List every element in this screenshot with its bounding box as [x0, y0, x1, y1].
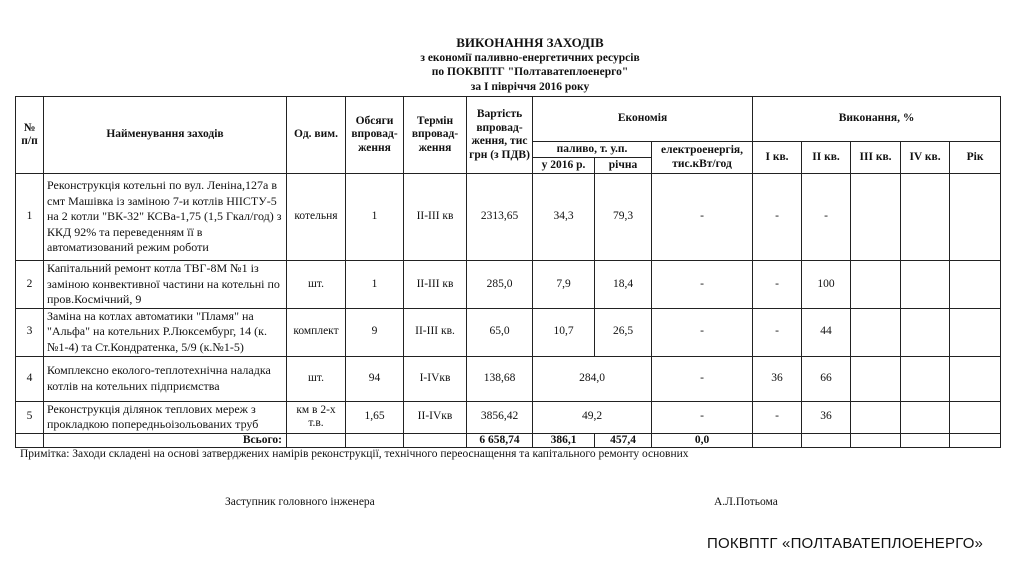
total-q1: [753, 433, 802, 448]
row-term: І-ІVкв: [404, 356, 467, 401]
table-row: 4 Комплексно еколого-теплотехнічна налад…: [16, 356, 1001, 401]
header-term: Термін впровад-ження: [404, 97, 467, 174]
row-q2: 66: [802, 356, 851, 401]
row-fuel-2016: 7,9: [533, 261, 595, 309]
total-term: [404, 433, 467, 448]
header-fuel-2016: у 2016 р.: [533, 158, 595, 174]
row-q2: 36: [802, 401, 851, 433]
header-volume: Обсяги впровад-ження: [346, 97, 404, 174]
header-unit: Од. вим.: [287, 97, 346, 174]
document-title: ВИКОНАННЯ ЗАХОДІВ з економії паливно-ене…: [380, 36, 680, 94]
total-cost: 6 658,74: [467, 433, 533, 448]
footnote: Примітка: Заходи складені на основі затв…: [20, 448, 689, 460]
header-q1: І кв.: [753, 142, 802, 174]
row-term: ІІ-ІІІ кв: [404, 174, 467, 261]
title-line-4: за І півріччя 2016 року: [380, 80, 680, 95]
row-year: [950, 308, 1001, 356]
signatory-role: Заступник головного інженера: [225, 496, 375, 508]
row-q3: [851, 401, 901, 433]
row-q4: [901, 174, 950, 261]
row-q1: -: [753, 308, 802, 356]
header-electricity: електроенергія, тис.кВт/год: [652, 142, 753, 174]
header-num: № п/п: [16, 97, 44, 174]
table-row: 1 Реконструкція котельні по вул. Леніна,…: [16, 174, 1001, 261]
row-fuel-annual: 26,5: [595, 308, 652, 356]
row-fuel-annual: 79,3: [595, 174, 652, 261]
row-term: ІІ-ІІІ кв.: [404, 308, 467, 356]
row-fuel-annual: 18,4: [595, 261, 652, 309]
row-q3: [851, 261, 901, 309]
row-q1: -: [753, 401, 802, 433]
organization-name: ПОКВПТГ «ПОЛТАВАТЕПЛОЕНЕРГО»: [707, 535, 983, 552]
row-cost: 285,0: [467, 261, 533, 309]
row-year: [950, 356, 1001, 401]
header-q4: ІV кв.: [901, 142, 950, 174]
row-num: 3: [16, 308, 44, 356]
total-num: [16, 433, 44, 448]
row-cost: 138,68: [467, 356, 533, 401]
row-fuel-merged: 284,0: [533, 356, 652, 401]
row-q4: [901, 401, 950, 433]
row-name: Комплексно еколого-теплотехнічна наладка…: [44, 356, 287, 401]
total-volume: [346, 433, 404, 448]
row-year: [950, 174, 1001, 261]
header-name: Найменування заходів: [44, 97, 287, 174]
row-q1: -: [753, 261, 802, 309]
row-num: 5: [16, 401, 44, 433]
row-fuel-2016: 10,7: [533, 308, 595, 356]
header-economy: Економія: [533, 97, 753, 142]
row-q1: -: [753, 174, 802, 261]
row-name: Капітальний ремонт котла ТВГ-8М №1 із за…: [44, 261, 287, 309]
total-q3: [851, 433, 901, 448]
row-q4: [901, 261, 950, 309]
header-fuel: паливо, т. у.п.: [533, 142, 652, 158]
total-fuel-annual: 457,4: [595, 433, 652, 448]
row-unit: км в 2-х т.в.: [287, 401, 346, 433]
row-volume: 1,65: [346, 401, 404, 433]
row-name: Реконструкція ділянок теплових мереж з п…: [44, 401, 287, 433]
row-cost: 2313,65: [467, 174, 533, 261]
header-fuel-annual: річна: [595, 158, 652, 174]
row-volume: 1: [346, 261, 404, 309]
total-electricity: 0,0: [652, 433, 753, 448]
row-electricity: -: [652, 174, 753, 261]
signatory-name: А.Л.Потьома: [714, 496, 778, 508]
header-q2: ІІ кв.: [802, 142, 851, 174]
row-electricity: -: [652, 308, 753, 356]
row-num: 4: [16, 356, 44, 401]
title-line-1: ВИКОНАННЯ ЗАХОДІВ: [380, 36, 680, 51]
row-q2: 44: [802, 308, 851, 356]
row-name: Заміна на котлах автоматики "Пламя" на "…: [44, 308, 287, 356]
row-q4: [901, 356, 950, 401]
row-q1: 36: [753, 356, 802, 401]
row-volume: 9: [346, 308, 404, 356]
title-line-2: з економії паливно-енергетичних ресурсів: [380, 51, 680, 66]
total-label: Всього:: [44, 433, 287, 448]
row-q3: [851, 356, 901, 401]
table-row: 3 Заміна на котлах автоматики "Пламя" на…: [16, 308, 1001, 356]
header-completion: Виконання, %: [753, 97, 1001, 142]
header-row-1: № п/п Найменування заходів Од. вим. Обся…: [16, 97, 1001, 142]
header-year: Рік: [950, 142, 1001, 174]
row-year: [950, 401, 1001, 433]
total-unit: [287, 433, 346, 448]
total-year: [950, 433, 1001, 448]
row-electricity: -: [652, 356, 753, 401]
row-term: ІІ-ІVкв: [404, 401, 467, 433]
measures-table: № п/п Найменування заходів Од. вим. Обся…: [15, 96, 1001, 448]
row-q4: [901, 308, 950, 356]
total-fuel-2016: 386,1: [533, 433, 595, 448]
header-q3: ІІІ кв.: [851, 142, 901, 174]
row-q2: -: [802, 174, 851, 261]
row-fuel-2016: 34,3: [533, 174, 595, 261]
row-num: 1: [16, 174, 44, 261]
total-row: Всього: 6 658,74 386,1 457,4 0,0: [16, 433, 1001, 448]
row-electricity: -: [652, 261, 753, 309]
row-unit: шт.: [287, 261, 346, 309]
title-line-3: по ПОКВПТГ "Полтаватеплоенерго": [380, 65, 680, 80]
row-term: ІІ-ІІІ кв: [404, 261, 467, 309]
total-q4: [901, 433, 950, 448]
table-row: 5 Реконструкція ділянок теплових мереж з…: [16, 401, 1001, 433]
row-year: [950, 261, 1001, 309]
header-cost: Вартість впровад-ження, тис грн (з ПДВ): [467, 97, 533, 174]
row-unit: комплект: [287, 308, 346, 356]
row-unit: котельня: [287, 174, 346, 261]
row-cost: 3856,42: [467, 401, 533, 433]
row-q2: 100: [802, 261, 851, 309]
row-cost: 65,0: [467, 308, 533, 356]
row-volume: 1: [346, 174, 404, 261]
row-volume: 94: [346, 356, 404, 401]
row-name: Реконструкція котельні по вул. Леніна,12…: [44, 174, 287, 261]
row-q3: [851, 308, 901, 356]
row-unit: шт.: [287, 356, 346, 401]
row-q3: [851, 174, 901, 261]
total-q2: [802, 433, 851, 448]
row-fuel-merged: 49,2: [533, 401, 652, 433]
row-electricity: -: [652, 401, 753, 433]
row-unit-text: км в 2-х т.в.: [296, 404, 335, 429]
row-num: 2: [16, 261, 44, 309]
table-row: 2 Капітальний ремонт котла ТВГ-8М №1 із …: [16, 261, 1001, 309]
